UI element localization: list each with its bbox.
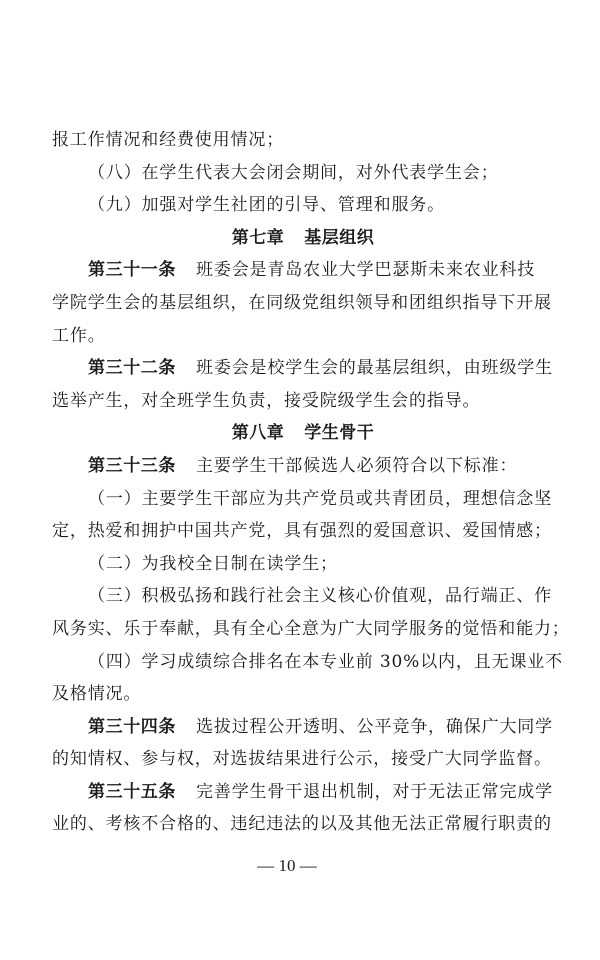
article-text: 班委会是校学生会的最基层组织，由班级学生	[196, 358, 553, 378]
article-31: 第三十一条班委会是青岛农业大学巴瑟斯未来农业科技	[52, 254, 554, 287]
article-text: 完善学生骨干退出机制，对于无法正常完成学	[196, 782, 553, 802]
criteria-item-3: （三）积极弘扬和践行社会主义核心价值观，品行端正、作	[52, 580, 554, 613]
chapter-title: 学生骨干	[304, 423, 374, 443]
article-label: 第三十二条	[88, 358, 176, 378]
article-text: 主要学生干部候选人必须符合以下标准：	[196, 456, 517, 476]
article-label: 第三十三条	[88, 456, 176, 476]
chapter-heading-8: 第八章学生骨干	[52, 417, 554, 450]
paragraph-line: 报工作情况和经费使用情况；	[52, 124, 554, 157]
article-34: 第三十四条选拔过程公开透明、公平竞争，确保广大同学	[52, 711, 554, 744]
article-label: 第三十四条	[88, 717, 176, 737]
list-item-nine: （九）加强对学生社团的引导、管理和服务。	[52, 189, 554, 222]
chapter-heading-7: 第七章基层组织	[52, 222, 554, 255]
article-text: 班委会是青岛农业大学巴瑟斯未来农业科技	[196, 260, 535, 280]
article-32: 第三十二条班委会是校学生会的最基层组织，由班级学生	[52, 352, 554, 385]
criteria-item-2: （二）为我校全日制在读学生；	[52, 548, 554, 581]
article-35-continued: 业的、考核不合格的、违纪违法的以及其他无法正常履行职责的	[52, 808, 554, 841]
chapter-number: 第七章	[232, 228, 285, 248]
criteria-item-1-continued: 定，热爱和拥护中国共产党，具有强烈的爱国意识、爱国情感；	[52, 515, 554, 548]
article-text: 选拔过程公开透明、公平竞争，确保广大同学	[196, 717, 553, 737]
article-31-continued: 工作。	[52, 320, 554, 353]
criteria-item-3-continued: 风务实、乐于奉献，具有全心全意为广大同学服务的觉悟和能力；	[52, 613, 554, 646]
chapter-title: 基层组织	[304, 228, 374, 248]
criteria-item-1: （一）主要学生干部应为共产党员或共青团员，理想信念坚	[52, 483, 554, 516]
article-label: 第三十五条	[88, 782, 176, 802]
page-number: — 10 —	[0, 856, 574, 876]
article-33: 第三十三条主要学生干部候选人必须符合以下标准：	[52, 450, 554, 483]
article-34-continued: 的知情权、参与权，对选拔结果进行公示，接受广大同学监督。	[52, 743, 554, 776]
article-35: 第三十五条完善学生骨干退出机制，对于无法正常完成学	[52, 776, 554, 809]
article-32-continued: 选举产生，对全班学生负责，接受院级学生会的指导。	[52, 385, 554, 418]
chapter-number: 第八章	[232, 423, 285, 443]
list-item-eight: （八）在学生代表大会闭会期间，对外代表学生会；	[52, 157, 554, 190]
criteria-item-4: （四）学习成绩综合排名在本专业前 30%以内，且无课业不	[52, 646, 554, 679]
article-31-continued: 学院学生会的基层组织，在同级党组织领导和团组织指导下开展	[52, 287, 554, 320]
document-page: 报工作情况和经费使用情况； （八）在学生代表大会闭会期间，对外代表学生会； （九…	[52, 124, 554, 841]
criteria-item-4-continued: 及格情况。	[52, 678, 554, 711]
article-label: 第三十一条	[88, 260, 176, 280]
